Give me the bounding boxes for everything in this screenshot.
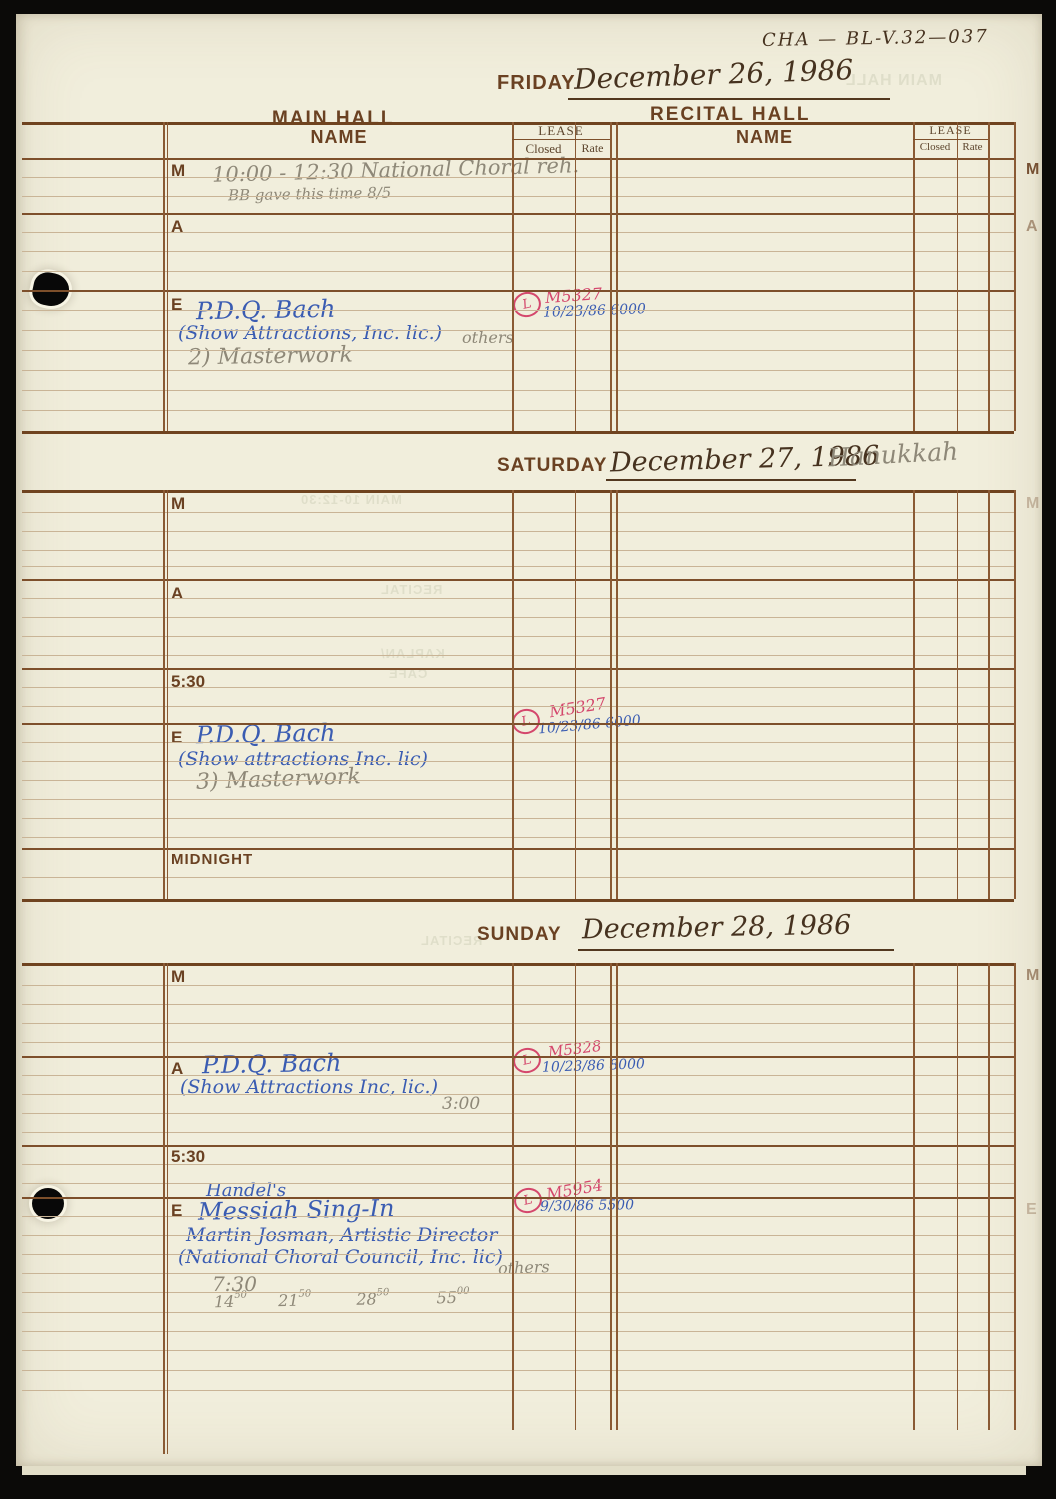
ledger-line xyxy=(22,490,1014,493)
ledger-line xyxy=(22,1216,1014,1217)
friday-row-a: A xyxy=(171,217,183,237)
ledger-line xyxy=(988,122,990,431)
ledger-line xyxy=(22,1164,1014,1165)
ledger-line xyxy=(22,655,1014,656)
ledger-line xyxy=(22,598,1014,599)
ledger-line xyxy=(22,723,1014,725)
ledger-line xyxy=(913,490,915,899)
ledger-line xyxy=(22,158,1014,160)
sunday-afternoon-lease-mark: L xyxy=(510,1045,543,1076)
ledger-line xyxy=(22,1004,1014,1005)
ledger-line xyxy=(988,963,990,1430)
sunday-afternoon-lease-letter: L xyxy=(521,1052,533,1069)
ledger-line xyxy=(575,490,576,899)
ledger-line xyxy=(22,706,1014,707)
scanned-ledger-page: CHA — BL-V.32—037 FRIDAY December 26, 19… xyxy=(0,0,1056,1499)
ledger-line xyxy=(22,1254,1014,1255)
ledger-line xyxy=(22,1390,1014,1391)
ledger-line xyxy=(22,1132,1014,1133)
ledger-line xyxy=(22,1056,1014,1058)
friday-lease-mark: L xyxy=(510,289,543,320)
friday-label: FRIDAY xyxy=(497,72,576,95)
friday-morning-note2: BB gave this time 8/5 xyxy=(228,184,392,205)
recital-name-header: NAME xyxy=(616,127,913,148)
friday-date: December 26, 1986 xyxy=(574,53,854,96)
recital-closed-header: Closed xyxy=(913,141,957,153)
ledger-line xyxy=(22,742,1014,743)
ledger-line xyxy=(22,1183,1014,1184)
sunday-date-underline xyxy=(578,949,894,951)
edge-row-m-saturday: M xyxy=(1026,495,1039,513)
ledger-line xyxy=(22,837,1014,838)
sunday-afternoon-time: 3:00 xyxy=(442,1094,480,1114)
ledger-line xyxy=(22,617,1014,618)
ledger-line xyxy=(22,290,1014,292)
ledger-line xyxy=(610,490,612,899)
ledger-line xyxy=(957,963,958,1430)
ledger-line xyxy=(22,687,1014,688)
ledger-line xyxy=(22,877,1014,878)
ledger-line xyxy=(988,490,990,899)
edge-row-m-sunday: M xyxy=(1026,967,1039,985)
ledger-line xyxy=(22,1145,1014,1147)
edge-row-a-friday: A xyxy=(1026,218,1038,236)
ledger-line xyxy=(167,490,168,899)
ledger-line xyxy=(575,122,576,431)
ledger-line xyxy=(22,390,1014,391)
friday-evening-series: 2) Masterwork xyxy=(188,343,353,371)
ledger-line xyxy=(913,139,988,140)
ledger-line xyxy=(957,490,958,899)
ledger-line xyxy=(22,330,1014,331)
ledger-line xyxy=(22,1312,1014,1313)
friday-evening-license: (Show Attractions, Inc. lic.) xyxy=(178,322,442,344)
ledger-line xyxy=(575,963,576,1430)
ledger-line xyxy=(22,579,1014,581)
recital-lease-header: LEASE xyxy=(913,123,988,138)
ledger-line xyxy=(22,213,1014,215)
saturday-date-underline xyxy=(606,479,856,481)
friday-row-e: E xyxy=(171,295,182,315)
ledger-line xyxy=(610,122,612,431)
ledger-line xyxy=(22,985,1014,986)
saturday-holiday-note: Hanukkah xyxy=(827,437,959,473)
ledger-line xyxy=(22,963,1014,966)
saturday-lease-letter: L xyxy=(520,713,532,730)
saturday-row-530: 5:30 xyxy=(171,672,205,692)
sunday-label: SUNDAY xyxy=(477,924,562,946)
ledger-line xyxy=(22,848,1014,850)
ledger-line xyxy=(1014,490,1016,899)
friday-date-underline xyxy=(568,98,890,100)
ledger-line xyxy=(22,1273,1014,1274)
ledger-line xyxy=(22,232,1014,233)
main-rate-header: Rate xyxy=(575,141,610,156)
ledger-line xyxy=(22,761,1014,762)
ledger-line xyxy=(22,1370,1014,1371)
ledger-line xyxy=(22,1094,1014,1095)
price-4: 5500 xyxy=(436,1288,469,1308)
sunday-evening-council: (National Choral Council, Inc. lic) xyxy=(178,1246,503,1268)
ledger-line xyxy=(167,122,168,431)
ledger-line xyxy=(616,963,618,1430)
ledger-line xyxy=(22,1197,1014,1199)
ledger-line xyxy=(163,490,165,899)
ledger-line xyxy=(913,122,915,431)
edge-row-m-friday: M xyxy=(1026,161,1039,179)
punch-hole-bottom xyxy=(32,1188,64,1219)
ledger-line xyxy=(610,963,612,1430)
archive-code: CHA — BL-V.32—037 xyxy=(762,26,989,51)
ledger-line xyxy=(22,350,1014,351)
ledger-line xyxy=(22,1235,1014,1236)
ledger-line xyxy=(512,139,610,140)
ledger-line xyxy=(616,122,618,431)
ledger-line xyxy=(22,818,1014,819)
ledger-line xyxy=(22,531,1014,532)
ledger-line xyxy=(22,780,1014,781)
ledger-line xyxy=(22,251,1014,252)
ledger-line xyxy=(22,566,1014,567)
sunday-row-m: M xyxy=(171,967,185,987)
ledger-line xyxy=(22,1292,1014,1293)
ledger-line xyxy=(22,1042,1014,1043)
ledger-line xyxy=(22,310,1014,311)
recital-rate-header: Rate xyxy=(957,141,988,153)
ledger-line xyxy=(22,196,1014,197)
ledger-line xyxy=(163,963,165,1454)
ledger-line xyxy=(163,122,165,431)
sunday-evening-booking-note: 9/30/86 5500 xyxy=(540,1197,634,1215)
ledger-line xyxy=(22,799,1014,800)
sunday-date: December 28, 1986 xyxy=(582,910,852,946)
underlying-sheet-edge xyxy=(22,1466,1026,1475)
sunday-afternoon-booking-note: 10/23/86 8000 xyxy=(542,1056,645,1076)
price-1: 1450 xyxy=(214,1292,247,1312)
showthrough-main-time: MAIN 10-12:30 xyxy=(300,492,402,507)
ledger-line xyxy=(616,490,618,899)
edge-row-e-sunday: E xyxy=(1026,1201,1037,1219)
ledger-line xyxy=(22,668,1014,670)
ledger-line xyxy=(22,1350,1014,1351)
showthrough-kaplan: KAPLAN/ xyxy=(380,646,445,661)
ledger-line xyxy=(512,490,514,899)
ledger-line xyxy=(1014,122,1016,431)
ledger-line xyxy=(22,431,1014,434)
ledger-line xyxy=(22,1023,1014,1024)
saturday-row-midnight: MIDNIGHT xyxy=(171,851,253,868)
ledger-line xyxy=(167,963,168,1454)
main-name-header: NAME xyxy=(166,127,512,148)
price-2: 2150 xyxy=(278,1291,311,1311)
ledger-line xyxy=(913,963,915,1430)
saturday-row-m: M xyxy=(171,494,185,514)
showthrough-recital-1: RECITAL xyxy=(380,582,442,597)
sunday-evening-lease-letter: L xyxy=(522,1192,534,1209)
ledger-line xyxy=(22,899,1014,902)
ledger-line xyxy=(22,271,1014,272)
main-lease-header: LEASE xyxy=(512,123,610,139)
ledger-line xyxy=(22,410,1014,411)
showthrough-main-hall: MAIN HALL xyxy=(845,72,942,90)
showthrough-recital-2: RECITAL xyxy=(420,933,482,948)
ledger-line xyxy=(512,122,514,431)
ledger-line xyxy=(1014,963,1016,1430)
ledger-line xyxy=(22,1113,1014,1114)
saturday-row-e: E xyxy=(171,728,182,748)
ledger-line xyxy=(957,122,958,431)
ledger-line xyxy=(22,1075,1014,1076)
ledger-line xyxy=(22,122,1014,125)
sunday-evening-others: others xyxy=(498,1257,550,1278)
ledger-paper: CHA — BL-V.32—037 FRIDAY December 26, 19… xyxy=(16,14,1042,1466)
ledger-line xyxy=(22,370,1014,371)
ledger-line xyxy=(22,177,1014,178)
ledger-line xyxy=(22,512,1014,513)
saturday-row-a: A xyxy=(171,584,183,604)
sunday-row-e: E xyxy=(171,1201,182,1221)
friday-booking-note: 10/23/86 6000 xyxy=(543,301,646,321)
sunday-evening-act: Messiah Sing-In xyxy=(198,1194,395,1225)
ledger-line xyxy=(22,1331,1014,1332)
friday-row-m: M xyxy=(171,161,185,181)
ledger-line xyxy=(22,550,1014,551)
ledger-line xyxy=(512,963,514,1430)
saturday-label: SATURDAY xyxy=(497,455,607,477)
ledger-line xyxy=(22,636,1014,637)
